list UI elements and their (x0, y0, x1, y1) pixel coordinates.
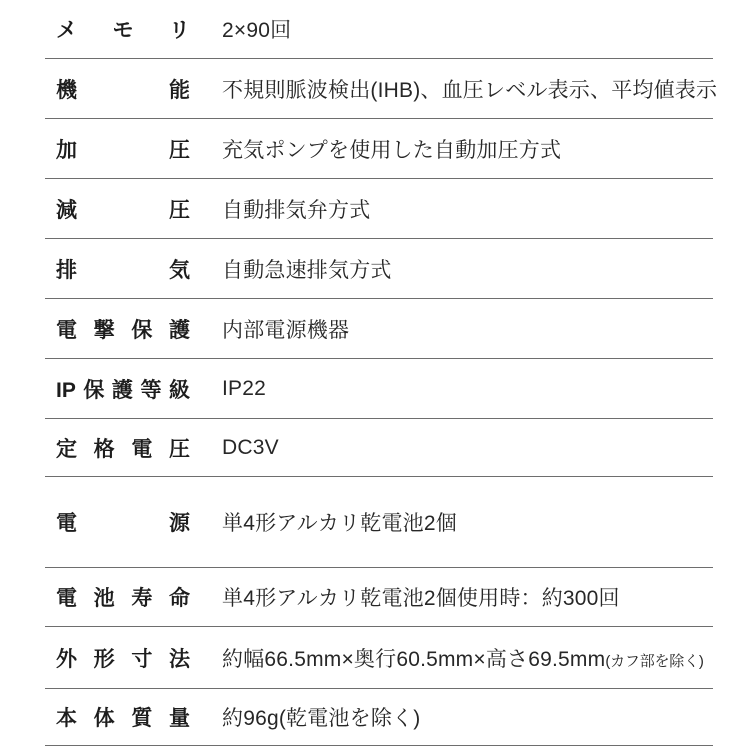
spec-value-main: 約幅66.5mm×奥行60.5mm×高さ69.5mm (222, 648, 605, 671)
spec-label: 排気 (56, 254, 190, 284)
table-row: 減圧 自動排気弁方式 (45, 179, 713, 239)
table-row: 電撃保護 内部電源機器 (45, 299, 713, 359)
spec-value-note: (カフ部を除く) (605, 653, 703, 670)
spec-label: 機能 (56, 74, 190, 104)
spec-label: 電源 (56, 507, 190, 537)
spec-value: 内部電源機器 (222, 314, 349, 344)
spec-value: 2×90回 (222, 14, 291, 44)
table-row: 電池寿命 単4形アルカリ乾電池2個使用時：約300回 (45, 568, 713, 627)
spec-label: 電池寿命 (56, 582, 190, 612)
spec-label: メモリ (56, 14, 190, 44)
table-row: 排気 自動急速排気方式 (45, 239, 713, 299)
table-row: 電源 単4形アルカリ乾電池2個 (45, 477, 713, 568)
spec-value: 自動急速排気方式 (222, 254, 392, 284)
spec-label: IP保護等級 (56, 374, 190, 404)
spec-value: DC3V (222, 436, 279, 460)
table-row: 本体質量 約96g(乾電池を除く) (45, 689, 713, 746)
spec-value: 単4形アルカリ乾電池2個 (222, 507, 457, 537)
table-row: 機能 不規則脈波検出(IHB)、血圧レベル表示、平均値表示 (45, 59, 713, 119)
spec-value: 約96g(乾電池を除く) (222, 702, 420, 732)
spec-label: 本体質量 (56, 702, 190, 732)
spec-label: 減圧 (56, 194, 190, 224)
table-row: 定格電圧 DC3V (45, 419, 713, 477)
table-row: IP保護等級 IP22 (45, 359, 713, 419)
spec-label: 加圧 (56, 134, 190, 164)
table-row: メモリ 2×90回 (45, 0, 713, 59)
table-row: 加圧 充気ポンプを使用した自動加圧方式 (45, 119, 713, 179)
spec-value: 自動排気弁方式 (222, 194, 370, 224)
spec-label: 外形寸法 (56, 643, 190, 673)
spec-label: 電撃保護 (56, 314, 190, 344)
spec-table: メモリ 2×90回 機能 不規則脈波検出(IHB)、血圧レベル表示、平均値表示 … (45, 0, 713, 746)
spec-value: 約幅66.5mm×奥行60.5mm×高さ69.5mm(カフ部を除く) (222, 643, 704, 673)
spec-label: 定格電圧 (56, 433, 190, 463)
spec-value: 不規則脈波検出(IHB)、血圧レベル表示、平均値表示 (222, 74, 717, 104)
spec-value: IP22 (222, 377, 266, 401)
spec-value: 単4形アルカリ乾電池2個使用時：約300回 (222, 582, 620, 612)
table-row: 外形寸法 約幅66.5mm×奥行60.5mm×高さ69.5mm(カフ部を除く) (45, 627, 713, 689)
spec-value: 充気ポンプを使用した自動加圧方式 (222, 134, 561, 164)
